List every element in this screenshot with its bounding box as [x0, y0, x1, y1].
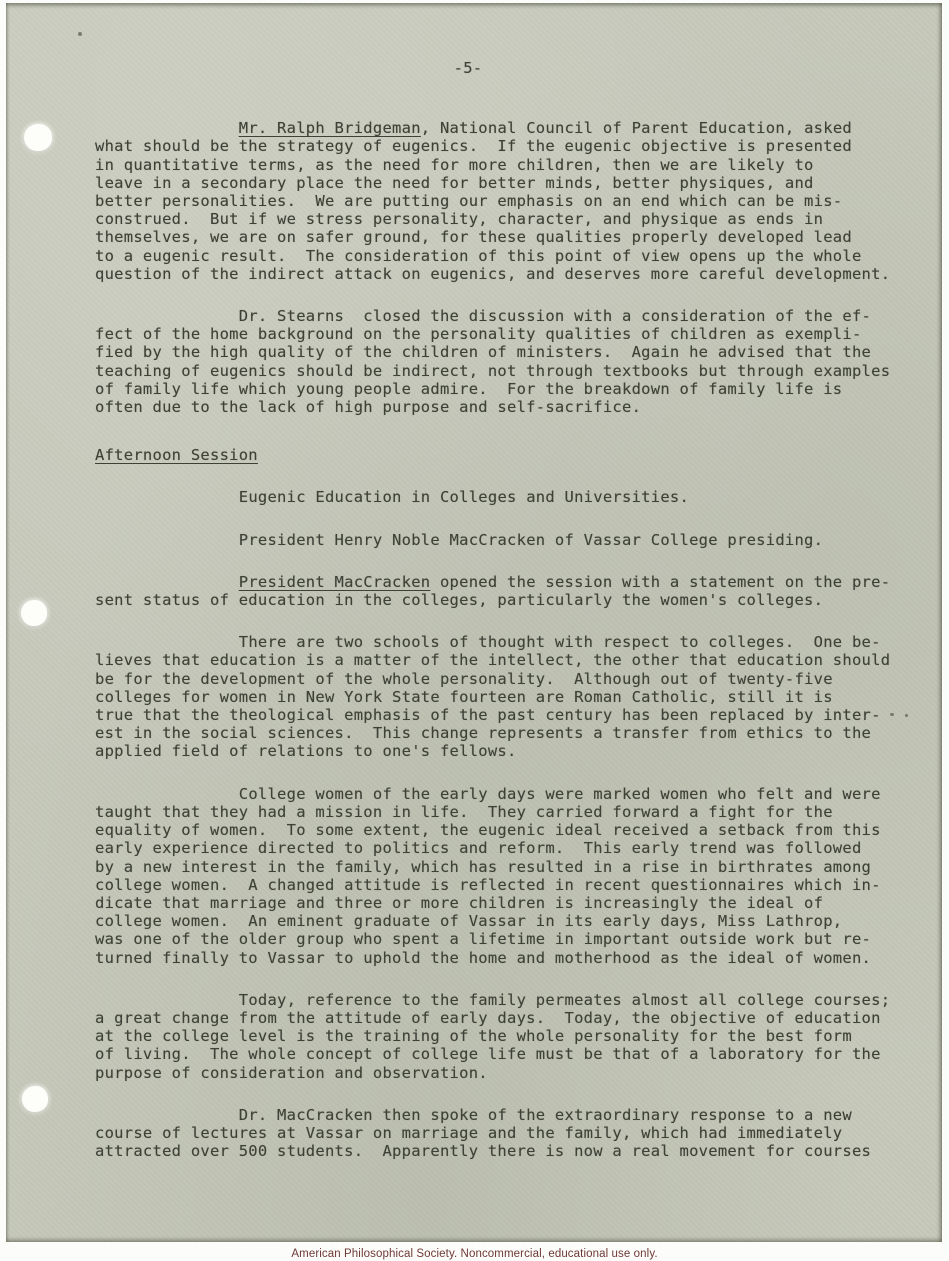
indent	[95, 785, 239, 803]
indent	[95, 1106, 239, 1124]
paper: -5- Mr. Ralph Bridgeman, National Counci…	[6, 3, 942, 1242]
underlined-heading: Afternoon Session	[95, 446, 258, 464]
paragraph-maccracken-lectures: Dr. MacCracken then spoke of the extraor…	[95, 1106, 917, 1161]
paragraph-text: President Henry Noble MacCracken of Vass…	[239, 531, 824, 549]
paragraph-text: , National Council of Parent Education, …	[95, 119, 890, 283]
paragraph-maccracken-opening: President MacCracken opened the session …	[95, 573, 917, 609]
indent	[95, 119, 239, 137]
indent	[95, 573, 239, 591]
paper-speck	[78, 32, 82, 36]
punch-hole-middle	[21, 600, 47, 626]
paragraph-today-family: Today, reference to the family permeates…	[95, 991, 917, 1082]
scanned-page: -5- Mr. Ralph Bridgeman, National Counci…	[0, 0, 949, 1261]
paragraph-stearns: Dr. Stearns closed the discussion with a…	[95, 307, 917, 416]
page-number: -5-	[57, 59, 879, 77]
indent	[95, 307, 239, 325]
paragraph-college-women: College women of the early days were mar…	[95, 785, 917, 967]
indent	[95, 531, 239, 549]
underlined-speaker-name: President MacCracken	[239, 573, 431, 591]
paragraph-text: College women of the early days were mar…	[95, 785, 881, 967]
paragraph-text: There are two schools of thought with re…	[95, 633, 890, 760]
line-eugenic-education: Eugenic Education in Colleges and Univer…	[95, 488, 917, 506]
paragraph-two-schools: There are two schools of thought with re…	[95, 633, 917, 760]
typewritten-text: -5- Mr. Ralph Bridgeman, National Counci…	[95, 59, 917, 1184]
line-maccracken-presiding: President Henry Noble MacCracken of Vass…	[95, 531, 917, 549]
punch-hole-top	[24, 124, 52, 151]
indent	[95, 633, 239, 651]
underlined-speaker-name: Mr. Ralph Bridgeman	[239, 119, 421, 137]
paragraph-text: Eugenic Education in Colleges and Univer…	[239, 488, 689, 506]
copyright-footer: American Philosophical Society. Noncomme…	[0, 1248, 949, 1260]
indent	[95, 488, 239, 506]
paragraph-bridgeman: Mr. Ralph Bridgeman, National Council of…	[95, 119, 917, 283]
punch-hole-bottom	[22, 1086, 48, 1112]
heading-afternoon-session: Afternoon Session	[95, 446, 917, 464]
indent	[95, 991, 239, 1009]
